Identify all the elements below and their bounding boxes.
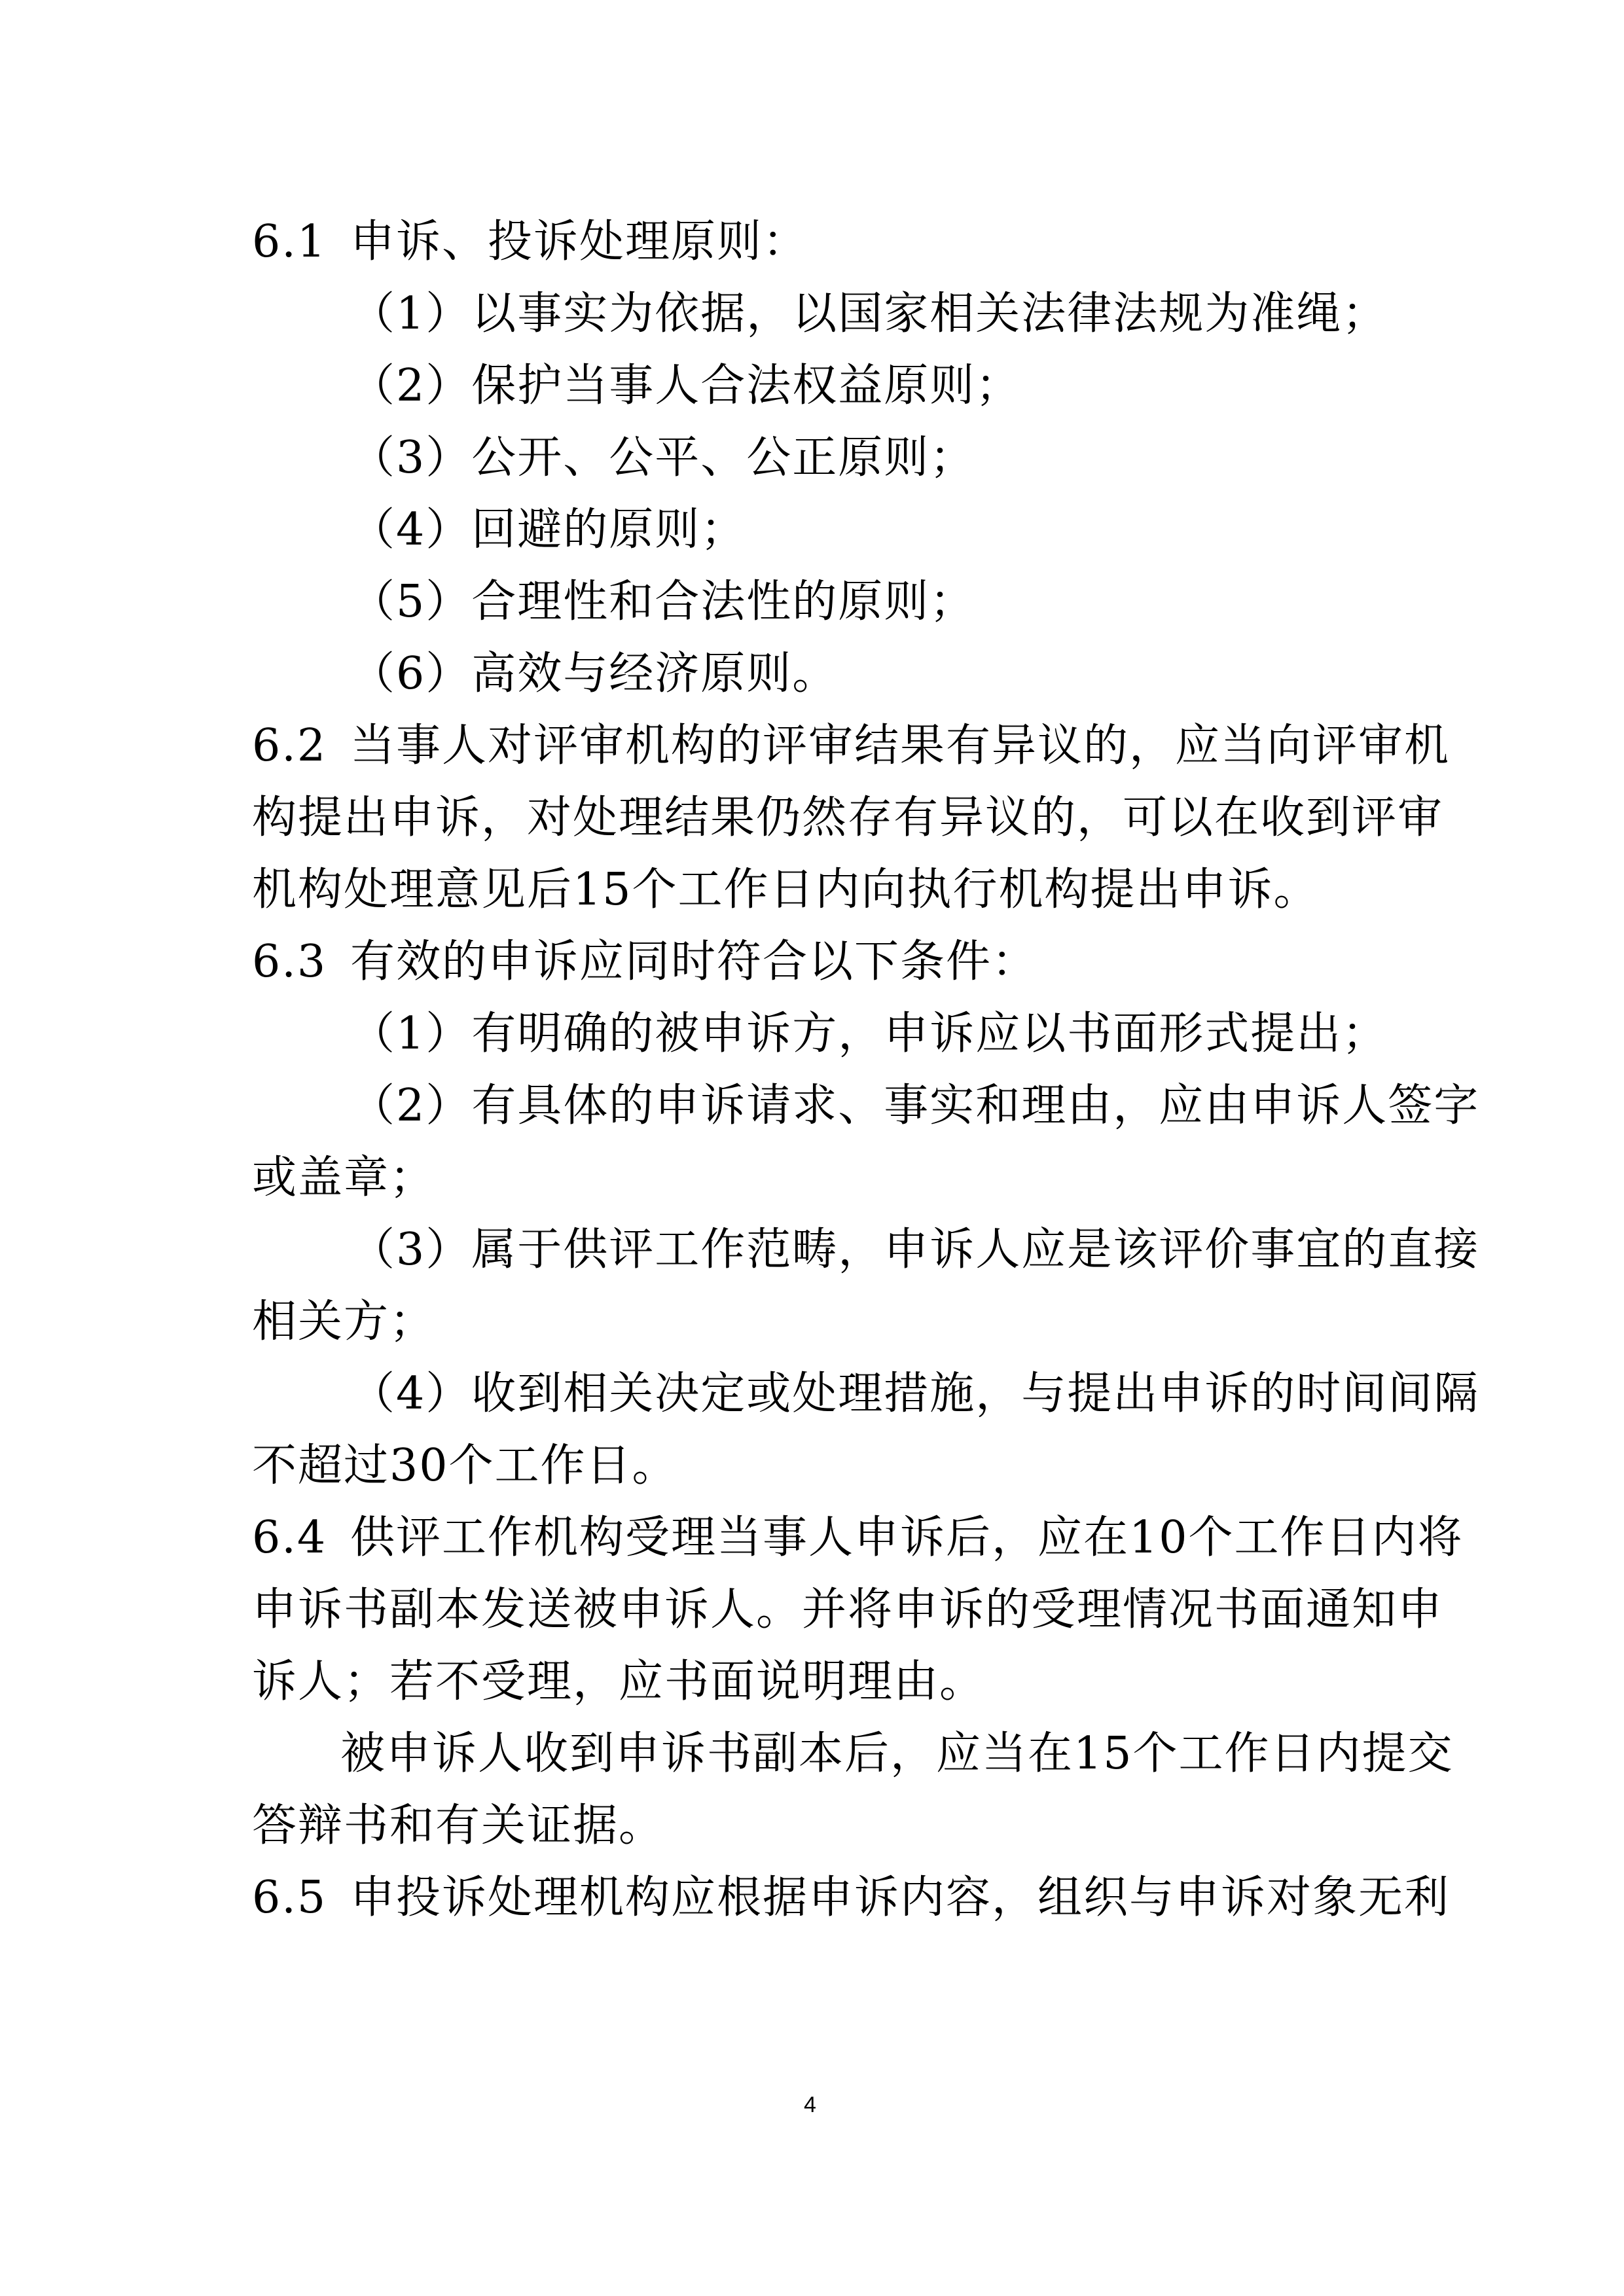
paragraph-text: 当事人对评审机构的评审结果有异议的，应当向评审机 (350, 720, 1450, 772)
condition-item-cont: 或盖章； (252, 1152, 435, 1204)
section-number: 6.3 (252, 936, 350, 988)
section-number: 6.4 (252, 1512, 350, 1564)
principle-item: （3）公开、公平、公正原则； (350, 432, 975, 484)
principle-item: （4）回避的原则； (350, 504, 746, 556)
section-title: 有效的申诉应同时符合以下条件： (350, 936, 1038, 988)
paragraph-text: 申投诉处理机构应根据申诉内容，组织与申诉对象无利 (350, 1872, 1450, 1924)
section-number: 6.1 (252, 216, 350, 268)
section-6-5-line: 6.5申投诉处理机构应根据申诉内容，组织与申诉对象无利 (252, 1872, 1450, 1924)
principle-item: （2）保护当事人合法权益原则； (350, 360, 1021, 412)
section-number: 6.2 (252, 720, 350, 772)
condition-item: （1）有明确的被申诉方，申诉应以书面形式提出； (350, 1008, 1388, 1060)
principle-item: （5）合理性和合法性的原则； (350, 576, 975, 628)
paragraph-line: 答辩书和有关证据。 (252, 1800, 664, 1852)
paragraph-line: 被申诉人收到申诉书副本后，应当在15个工作日内提交 (340, 1728, 1454, 1780)
paragraph-line: 诉人；若不受理，应书面说明理由。 (252, 1656, 985, 1708)
condition-item-cont: 相关方； (252, 1296, 435, 1348)
condition-item: （2）有具体的申诉请求、事实和理由，应由申诉人签字 (350, 1080, 1479, 1132)
principle-item: （6）高效与经济原则。 (350, 648, 838, 700)
section-6-3-heading: 6.3有效的申诉应同时符合以下条件： (252, 936, 1038, 988)
section-title: 申诉、投诉处理原则： (350, 216, 808, 268)
section-6-4-line: 6.4供评工作机构受理当事人申诉后，应在10个工作日内将 (252, 1512, 1464, 1564)
page-number: 4 (804, 2092, 816, 2118)
principle-item: （1）以事实为依据，以国家相关法律法规为准绳； (350, 288, 1388, 340)
section-6-1-heading: 6.1申诉、投诉处理原则： (252, 216, 808, 268)
condition-item: （4）收到相关决定或处理措施，与提出申诉的时间间隔 (350, 1368, 1479, 1420)
paragraph-line: 构提出申诉，对处理结果仍然存有异议的，可以在收到评审 (252, 792, 1443, 844)
paragraph-text: 供评工作机构受理当事人申诉后，应在10个工作日内将 (350, 1512, 1464, 1564)
paragraph-line: 申诉书副本发送被申诉人。并将申诉的受理情况书面通知申 (252, 1584, 1443, 1636)
section-number: 6.5 (252, 1872, 350, 1924)
section-6-2-line: 6.2当事人对评审机构的评审结果有异议的，应当向评审机 (252, 720, 1450, 772)
document-page: 6.1申诉、投诉处理原则： （1）以事实为依据，以国家相关法律法规为准绳； （2… (0, 0, 1624, 2296)
condition-item: （3）属于供评工作范畴，申诉人应是该评价事宜的直接 (350, 1224, 1479, 1276)
paragraph-line: 机构处理意见后15个工作日内向执行机构提出申诉。 (252, 864, 1320, 916)
condition-item-cont: 不超过30个工作日。 (252, 1440, 678, 1492)
